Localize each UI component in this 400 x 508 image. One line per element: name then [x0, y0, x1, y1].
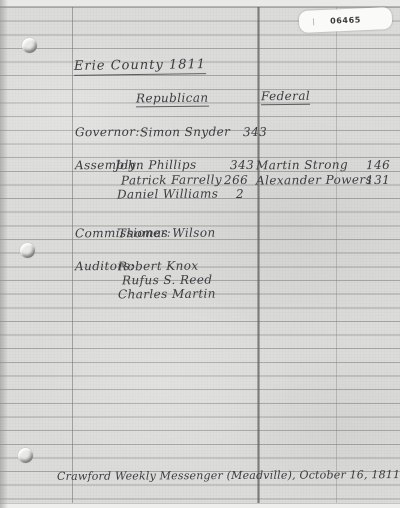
governor-candidate-name: Simon Snyder [140, 125, 230, 140]
catalog-number: 06465 [330, 15, 361, 25]
scanned-document-page: 06465 Erie County 1811 Republican Federa… [0, 0, 400, 508]
center-crease-line [257, 0, 260, 508]
auditor-name-1: Robert Knox [118, 259, 199, 274]
sticker-tick-mark [313, 18, 314, 25]
assembly-republican-votes-1: 343 [230, 158, 254, 172]
hole-punch-middle [20, 243, 35, 258]
assembly-republican-votes-3: 2 [236, 187, 244, 201]
page-top-edge [0, 0, 400, 7]
assembly-republican-name-1: John Phillips [115, 158, 197, 173]
governor-office-label: Governor: [75, 125, 140, 140]
assembly-republican-name-3: Daniel Williams [117, 187, 218, 202]
left-margin-line [72, 6, 73, 504]
ruled-lines [0, 7, 400, 502]
commissioner-candidate-name: Thomas Wilson [118, 226, 216, 241]
document-title: Erie County 1811 [74, 57, 206, 76]
assembly-federal-votes-2: 131 [366, 173, 390, 187]
auditor-name-3: Charles Martin [118, 287, 216, 302]
right-page-edge-line [336, 6, 337, 504]
hole-punch-bottom [18, 448, 33, 463]
assembly-federal-name-2: Alexander Powers [256, 172, 372, 187]
assembly-federal-votes-1: 146 [366, 158, 390, 172]
source-citation: Crawford Weekly Messenger (Meadville), O… [57, 468, 400, 483]
page-bottom-edge [0, 503, 400, 508]
page-left-edge [0, 0, 8, 508]
assembly-federal-name-1: Martin Strong [256, 158, 348, 173]
assembly-republican-votes-2: 266 [224, 173, 248, 187]
column-header-republican: Republican [136, 91, 209, 108]
auditor-name-2: Rufus S. Reed [122, 273, 213, 288]
assembly-republican-name-2: Patrick Farrelly [121, 173, 222, 188]
governor-candidate-votes: 343 [243, 125, 267, 139]
column-header-federal: Federal [261, 89, 310, 105]
catalog-label-sticker: 06465 [299, 7, 393, 33]
hole-punch-top [22, 38, 37, 53]
